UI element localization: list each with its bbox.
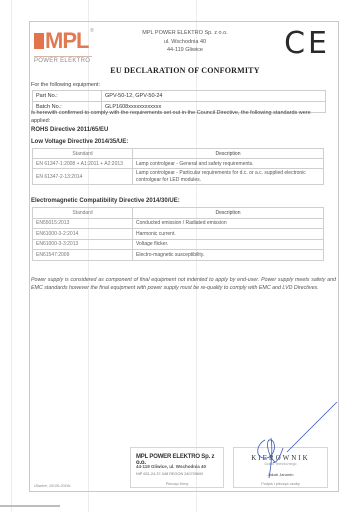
table-row: EN55015:2013 Conducted emission / Radiat… bbox=[33, 218, 324, 229]
part-no-value: GPV-50-12, GPV-50-24 bbox=[102, 91, 326, 102]
description-cell: Electro-magnetic susceptibility. bbox=[133, 250, 324, 261]
table-header-row: Standard Description bbox=[33, 208, 324, 219]
person-stamp: KIEROWNIK Działu Technicznego Jakub Jaro… bbox=[233, 447, 328, 488]
description-cell: Conducted emission / Radiated emission bbox=[133, 218, 324, 229]
table-row: EN61547:2009 Electro-magnetic susceptibi… bbox=[33, 250, 324, 261]
emc-title: Electromagnetic Compatibility Directive … bbox=[31, 198, 180, 204]
emc-table: Standard Description EN55015:2013 Conduc… bbox=[32, 207, 324, 261]
company-stamp: MPL POWER ELEKTRO Sp. z o.o. 44-119 Gliw… bbox=[130, 447, 224, 488]
table-row: EN61000-3-3:2013 Voltage flicker. bbox=[33, 239, 324, 250]
rohs-title: ROHS Directive 2011/65/EU bbox=[31, 127, 108, 133]
stamp-caption: Pieczęć firmy bbox=[131, 482, 223, 486]
description-cell: Lamp controlgear - General and safety re… bbox=[133, 159, 324, 169]
description-cell: Lamp controlgear - Particular requiremen… bbox=[133, 169, 324, 185]
column-header-standard: Standard bbox=[33, 208, 133, 219]
standard-cell: EN 61347-1:2008 + A1:2011 + A2:2013 bbox=[33, 159, 133, 169]
logo-subtitle: POWER ELEKTRO bbox=[34, 56, 92, 64]
standard-cell: EN55015:2013 bbox=[33, 218, 133, 229]
column-header-description: Description bbox=[133, 208, 324, 219]
column-header-description: Description bbox=[133, 149, 324, 159]
table-row: Part No.: GPV-50-12, GPV-50-24 bbox=[33, 91, 326, 102]
column-header-standard: Standard bbox=[33, 149, 133, 159]
part-no-label: Part No.: bbox=[33, 91, 102, 102]
place-and-date: Gliwice, 28.06.2016r. bbox=[34, 483, 71, 488]
scan-artifact-bottom-shadow bbox=[0, 505, 60, 507]
stamp-person-name: Jakub Jaromin bbox=[234, 472, 327, 477]
document-title: EU DECLARATION OF CONFORMITY bbox=[30, 66, 340, 75]
description-cell: Harmonic current. bbox=[133, 229, 324, 240]
table-header-row: Standard Description bbox=[33, 149, 324, 159]
confirmation-text: is herewith confirmed to comply with the… bbox=[31, 110, 331, 125]
equipment-intro: For the following equipment: bbox=[31, 82, 100, 88]
standard-cell: EN 61347-2-13:2014 bbox=[33, 169, 133, 185]
table-row: EN 61347-1:2008 + A1:2011 + A2:2013 Lamp… bbox=[33, 159, 324, 169]
power-supply-note: Power supply is considered as component … bbox=[31, 277, 336, 292]
ce-mark-icon: CE bbox=[284, 29, 330, 59]
stamp-company-ids: NIP 631-24-37-048 REGON 240709600 bbox=[136, 472, 203, 476]
stamp-company-address: 44-119 Gliwice, ul. Wschodnia 40 bbox=[136, 464, 206, 469]
document-frame: MPL ® POWER ELEKTRO MPL POWER ELEKTRO Sp… bbox=[29, 21, 339, 492]
scan-artifact-vertical bbox=[11, 0, 12, 512]
table-row: EN61000-3-2:2014 Harmonic current. bbox=[33, 229, 324, 240]
stamp-caption: Podpis i pieczęć osoby bbox=[234, 482, 327, 486]
lvd-title: Low Voltage Directive 2014/35/UE: bbox=[31, 139, 128, 145]
standard-cell: EN61000-3-3:2013 bbox=[33, 239, 133, 250]
table-row: EN 61347-2-13:2014 Lamp controlgear - Pa… bbox=[33, 169, 324, 185]
lvd-table: Standard Description EN 61347-1:2008 + A… bbox=[32, 148, 324, 185]
standard-cell: EN61547:2009 bbox=[33, 250, 133, 261]
standard-cell: EN61000-3-2:2014 bbox=[33, 229, 133, 240]
stamp-person-department: Działu Technicznego bbox=[234, 462, 327, 466]
description-cell: Voltage flicker. bbox=[133, 239, 324, 250]
stamp-person-title: KIEROWNIK bbox=[234, 454, 327, 462]
